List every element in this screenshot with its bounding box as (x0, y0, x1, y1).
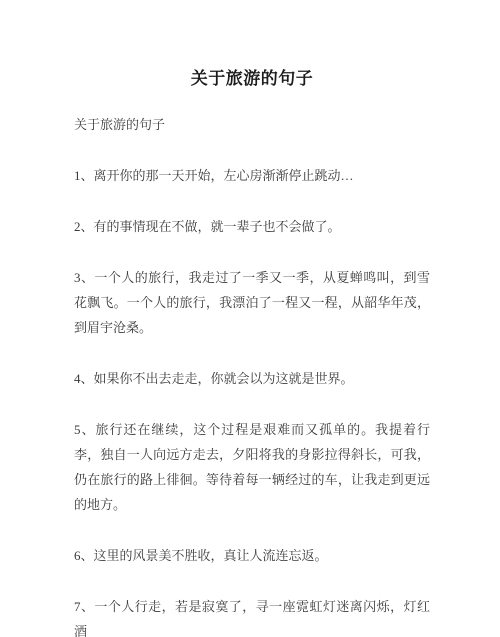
document-page: 关于旅游的句子 关于旅游的句子 1、离开你的那一天开始，左心房渐渐停止跳动… 2… (0, 0, 500, 637)
paragraph-item-7: 7、一个人行走，若是寂寞了，寻一座霓虹灯迷离闪烁，灯红酒 (74, 594, 430, 637)
paragraph-item-6: 6、这里的风景美不胜收，真让人流连忘返。 (74, 543, 430, 568)
document-title: 关于旅游的句子 (74, 66, 430, 92)
paragraph-item-4: 4、如果你不出去走走，你就会以为这就是世界。 (74, 366, 430, 391)
paragraph-item-3: 3、一个人的旅行，我走过了一季又一季，从夏蝉鸣叫，到雪花飘飞。一个人的旅行，我漂… (74, 265, 430, 340)
paragraph-item-2: 2、有的事情现在不做，就一辈子也不会做了。 (74, 214, 430, 239)
paragraph-item-5: 5、旅行还在继续，这个过程是艰难而又孤单的。我提着行李，独自一人向远方走去，夕阳… (74, 417, 430, 517)
paragraph-item-1: 1、离开你的那一天开始，左心房渐渐停止跳动… (74, 163, 430, 188)
paragraph-subtitle: 关于旅游的句子 (74, 112, 430, 137)
